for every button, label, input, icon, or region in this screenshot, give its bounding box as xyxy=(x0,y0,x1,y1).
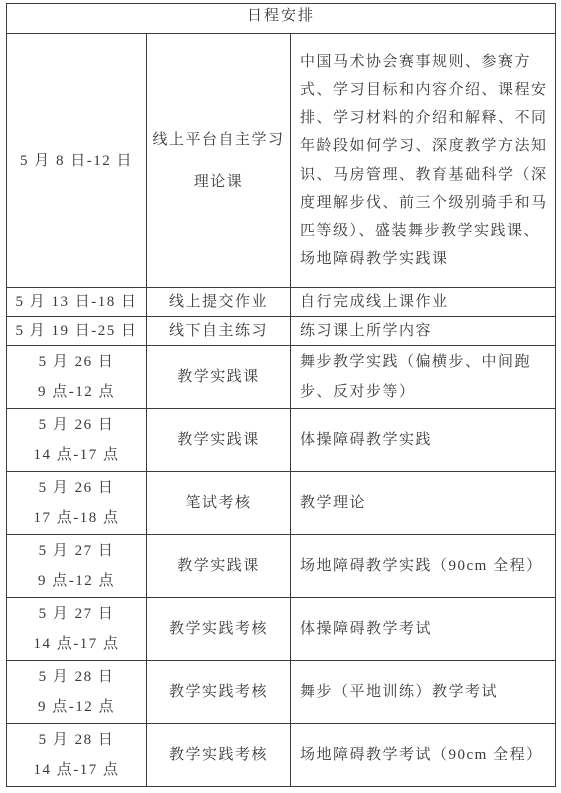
type-line: 笔试考核 xyxy=(147,488,290,518)
date-line: 5 月 28 日 xyxy=(7,725,146,755)
type-line: 理论课 xyxy=(147,161,290,203)
content-cell: 舞步（平地训练）教学考试 xyxy=(291,661,556,724)
date-cell: 5 月 26 日 9 点-12 点 xyxy=(7,346,147,409)
table-row: 5 月 27 日 14 点-17 点 教学实践考核 体操障碍教学考试 xyxy=(7,598,556,661)
date-cell: 5 月 26 日 17 点-18 点 xyxy=(7,472,147,535)
type-line: 线上提交作业 xyxy=(147,290,290,314)
table-row: 5 月 13 日-18 日 线上提交作业 自行完成线上课作业 xyxy=(7,288,556,317)
type-line: 教学实践考核 xyxy=(147,614,290,644)
type-cell: 线上平台自主学习 理论课 xyxy=(147,34,291,288)
type-cell: 教学实践课 xyxy=(147,409,291,472)
date-line: 14 点-17 点 xyxy=(7,629,146,659)
content-cell: 体操障碍教学考试 xyxy=(291,598,556,661)
type-cell: 线上提交作业 xyxy=(147,288,291,317)
content-cell: 场地障碍教学实践（90cm 全程） xyxy=(291,535,556,598)
table-row: 5 月 19 日-25 日 线下自主练习 练习课上所学内容 xyxy=(7,317,556,346)
content-cell: 舞步教学实践（偏横步、中间跑步、反对步等） xyxy=(291,346,556,409)
table-row: 5 月 8 日-12 日 线上平台自主学习 理论课 中国马术协会赛事规则、参赛方… xyxy=(7,34,556,288)
date-line: 14 点-17 点 xyxy=(7,755,146,785)
type-line: 教学实践课 xyxy=(147,425,290,455)
table-row: 5 月 26 日 9 点-12 点 教学实践课 舞步教学实践（偏横步、中间跑步、… xyxy=(7,346,556,409)
content-cell: 练习课上所学内容 xyxy=(291,317,556,346)
table-row: 5 月 26 日 14 点-17 点 教学实践课 体操障碍教学实践 xyxy=(7,409,556,472)
date-line: 14 点-17 点 xyxy=(7,440,146,470)
type-line: 线上平台自主学习 xyxy=(147,119,290,161)
content-cell: 场地障碍教学考试（90cm 全程） xyxy=(291,724,556,787)
type-cell: 笔试考核 xyxy=(147,472,291,535)
date-line: 9 点-12 点 xyxy=(7,377,146,407)
type-line: 线下自主练习 xyxy=(147,319,290,343)
content-cell: 中国马术协会赛事规则、参赛方式、学习目标和内容介绍、课程安排、学习材料的介绍和解… xyxy=(291,34,556,288)
header-row: 日程安排 xyxy=(7,4,556,34)
table-row: 5 月 27 日 9 点-12 点 教学实践课 场地障碍教学实践（90cm 全程… xyxy=(7,535,556,598)
table-row: 5 月 28 日 14 点-17 点 教学实践考核 场地障碍教学考试（90cm … xyxy=(7,724,556,787)
date-cell: 5 月 8 日-12 日 xyxy=(7,34,147,288)
date-line: 5 月 26 日 xyxy=(7,410,146,440)
type-cell: 教学实践课 xyxy=(147,535,291,598)
table-row: 5 月 26 日 17 点-18 点 笔试考核 教学理论 xyxy=(7,472,556,535)
type-cell: 教学实践课 xyxy=(147,346,291,409)
type-cell: 教学实践考核 xyxy=(147,724,291,787)
date-cell: 5 月 28 日 14 点-17 点 xyxy=(7,724,147,787)
table-row: 5 月 28 日 9 点-12 点 教学实践考核 舞步（平地训练）教学考试 xyxy=(7,661,556,724)
type-line: 教学实践考核 xyxy=(147,740,290,770)
type-cell: 教学实践考核 xyxy=(147,661,291,724)
content-cell: 自行完成线上课作业 xyxy=(291,288,556,317)
date-line: 5 月 19 日-25 日 xyxy=(7,319,146,343)
date-cell: 5 月 19 日-25 日 xyxy=(7,317,147,346)
schedule-table: 日程安排 5 月 8 日-12 日 线上平台自主学习 理论课 中国马术协会赛事规… xyxy=(6,3,556,787)
date-line: 5 月 27 日 xyxy=(7,599,146,629)
type-line: 教学实践课 xyxy=(147,551,290,581)
date-line: 5 月 13 日-18 日 xyxy=(7,290,146,314)
content-cell: 体操障碍教学实践 xyxy=(291,409,556,472)
date-line: 5 月 26 日 xyxy=(7,347,146,377)
date-line: 5 月 8 日-12 日 xyxy=(7,146,146,176)
date-cell: 5 月 26 日 14 点-17 点 xyxy=(7,409,147,472)
date-cell: 5 月 28 日 9 点-12 点 xyxy=(7,661,147,724)
content-cell: 教学理论 xyxy=(291,472,556,535)
date-line: 9 点-12 点 xyxy=(7,566,146,596)
date-line: 5 月 28 日 xyxy=(7,662,146,692)
table-title: 日程安排 xyxy=(7,4,556,34)
date-cell: 5 月 27 日 9 点-12 点 xyxy=(7,535,147,598)
date-line: 5 月 26 日 xyxy=(7,473,146,503)
type-cell: 线下自主练习 xyxy=(147,317,291,346)
date-cell: 5 月 27 日 14 点-17 点 xyxy=(7,598,147,661)
type-line: 教学实践考核 xyxy=(147,677,290,707)
type-cell: 教学实践考核 xyxy=(147,598,291,661)
date-line: 17 点-18 点 xyxy=(7,503,146,533)
document-page: 日程安排 5 月 8 日-12 日 线上平台自主学习 理论课 中国马术协会赛事规… xyxy=(0,0,561,793)
type-line: 教学实践课 xyxy=(147,362,290,392)
date-cell: 5 月 13 日-18 日 xyxy=(7,288,147,317)
date-line: 5 月 27 日 xyxy=(7,536,146,566)
date-line: 9 点-12 点 xyxy=(7,692,146,722)
